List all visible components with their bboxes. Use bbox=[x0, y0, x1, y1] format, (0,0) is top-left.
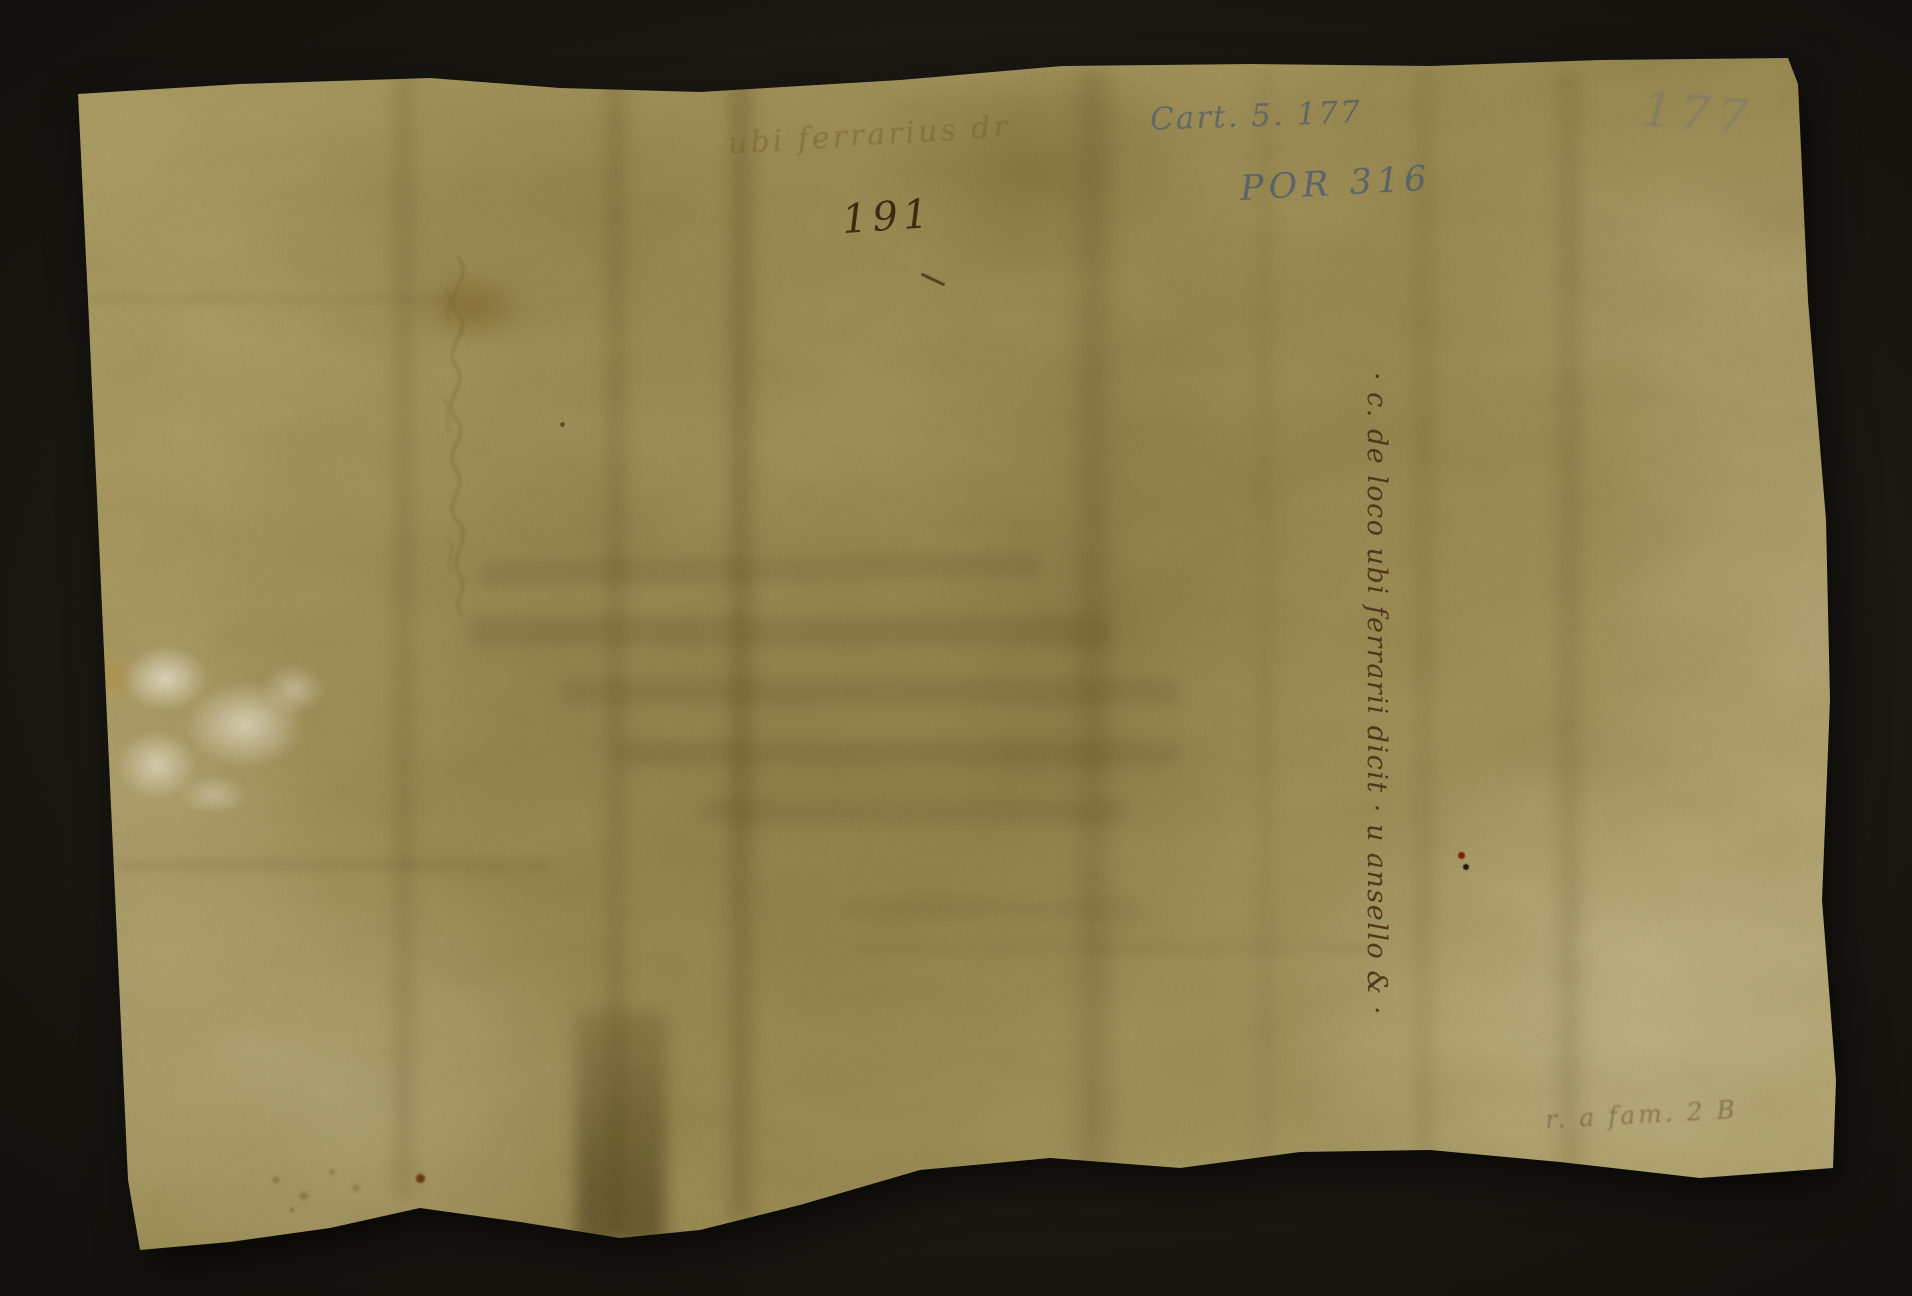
stain bbox=[576, 1010, 666, 1244]
vertical-endorsement: · c. de loco ubi ferrarii dicit · u anse… bbox=[1361, 372, 1392, 972]
bleedthrough-shadow bbox=[620, 740, 1180, 766]
ink-speck bbox=[560, 422, 565, 427]
fold-crease bbox=[598, 70, 634, 1230]
stain bbox=[258, 1158, 378, 1218]
red-ink-speck bbox=[1458, 852, 1465, 859]
ink-speck bbox=[1463, 864, 1469, 870]
bleedthrough-shadow bbox=[560, 678, 1180, 706]
repair-patch bbox=[104, 622, 324, 810]
fold-crease bbox=[386, 70, 422, 1200]
fold-crease bbox=[1064, 70, 1122, 1170]
horizontal-crease bbox=[90, 292, 460, 306]
left-vertical-inscription bbox=[406, 250, 506, 620]
parchment-shadow-wrap: ubi ferrarius dr 191 Cart. 5. 177 POR 31… bbox=[0, 0, 1912, 1296]
bleedthrough-shadow bbox=[840, 898, 1140, 918]
photograph-black-mat: ubi ferrarius dr 191 Cart. 5. 177 POR 31… bbox=[0, 0, 1912, 1296]
rust-spot bbox=[416, 1174, 425, 1183]
corner-number-pencil: 177 bbox=[1640, 81, 1757, 147]
ink-number-191: 191 bbox=[841, 191, 935, 243]
fold-crease bbox=[1250, 70, 1280, 1160]
archive-reference-pencil: Cart. 5. 177 bbox=[1149, 94, 1362, 137]
stain bbox=[418, 268, 528, 344]
bottom-right-note: r. a fam. 2 B bbox=[1544, 1095, 1738, 1134]
stain bbox=[76, 648, 142, 704]
faded-title-inscription: ubi ferrarius dr bbox=[727, 109, 1011, 161]
bleedthrough-shadow bbox=[480, 551, 1040, 587]
fold-crease bbox=[720, 70, 762, 1220]
horizontal-crease bbox=[120, 856, 550, 874]
por-reference-pencil: POR 316 bbox=[1239, 159, 1432, 209]
bleedthrough-shadow bbox=[700, 800, 1130, 824]
bleedthrough-shadow bbox=[470, 616, 1110, 646]
ink-stroke bbox=[921, 273, 946, 287]
fold-crease bbox=[1548, 70, 1590, 1170]
parchment-sheet: ubi ferrarius dr 191 Cart. 5. 177 POR 31… bbox=[0, 0, 1912, 1296]
horizontal-crease bbox=[860, 940, 1380, 956]
fold-crease bbox=[1406, 70, 1442, 1160]
